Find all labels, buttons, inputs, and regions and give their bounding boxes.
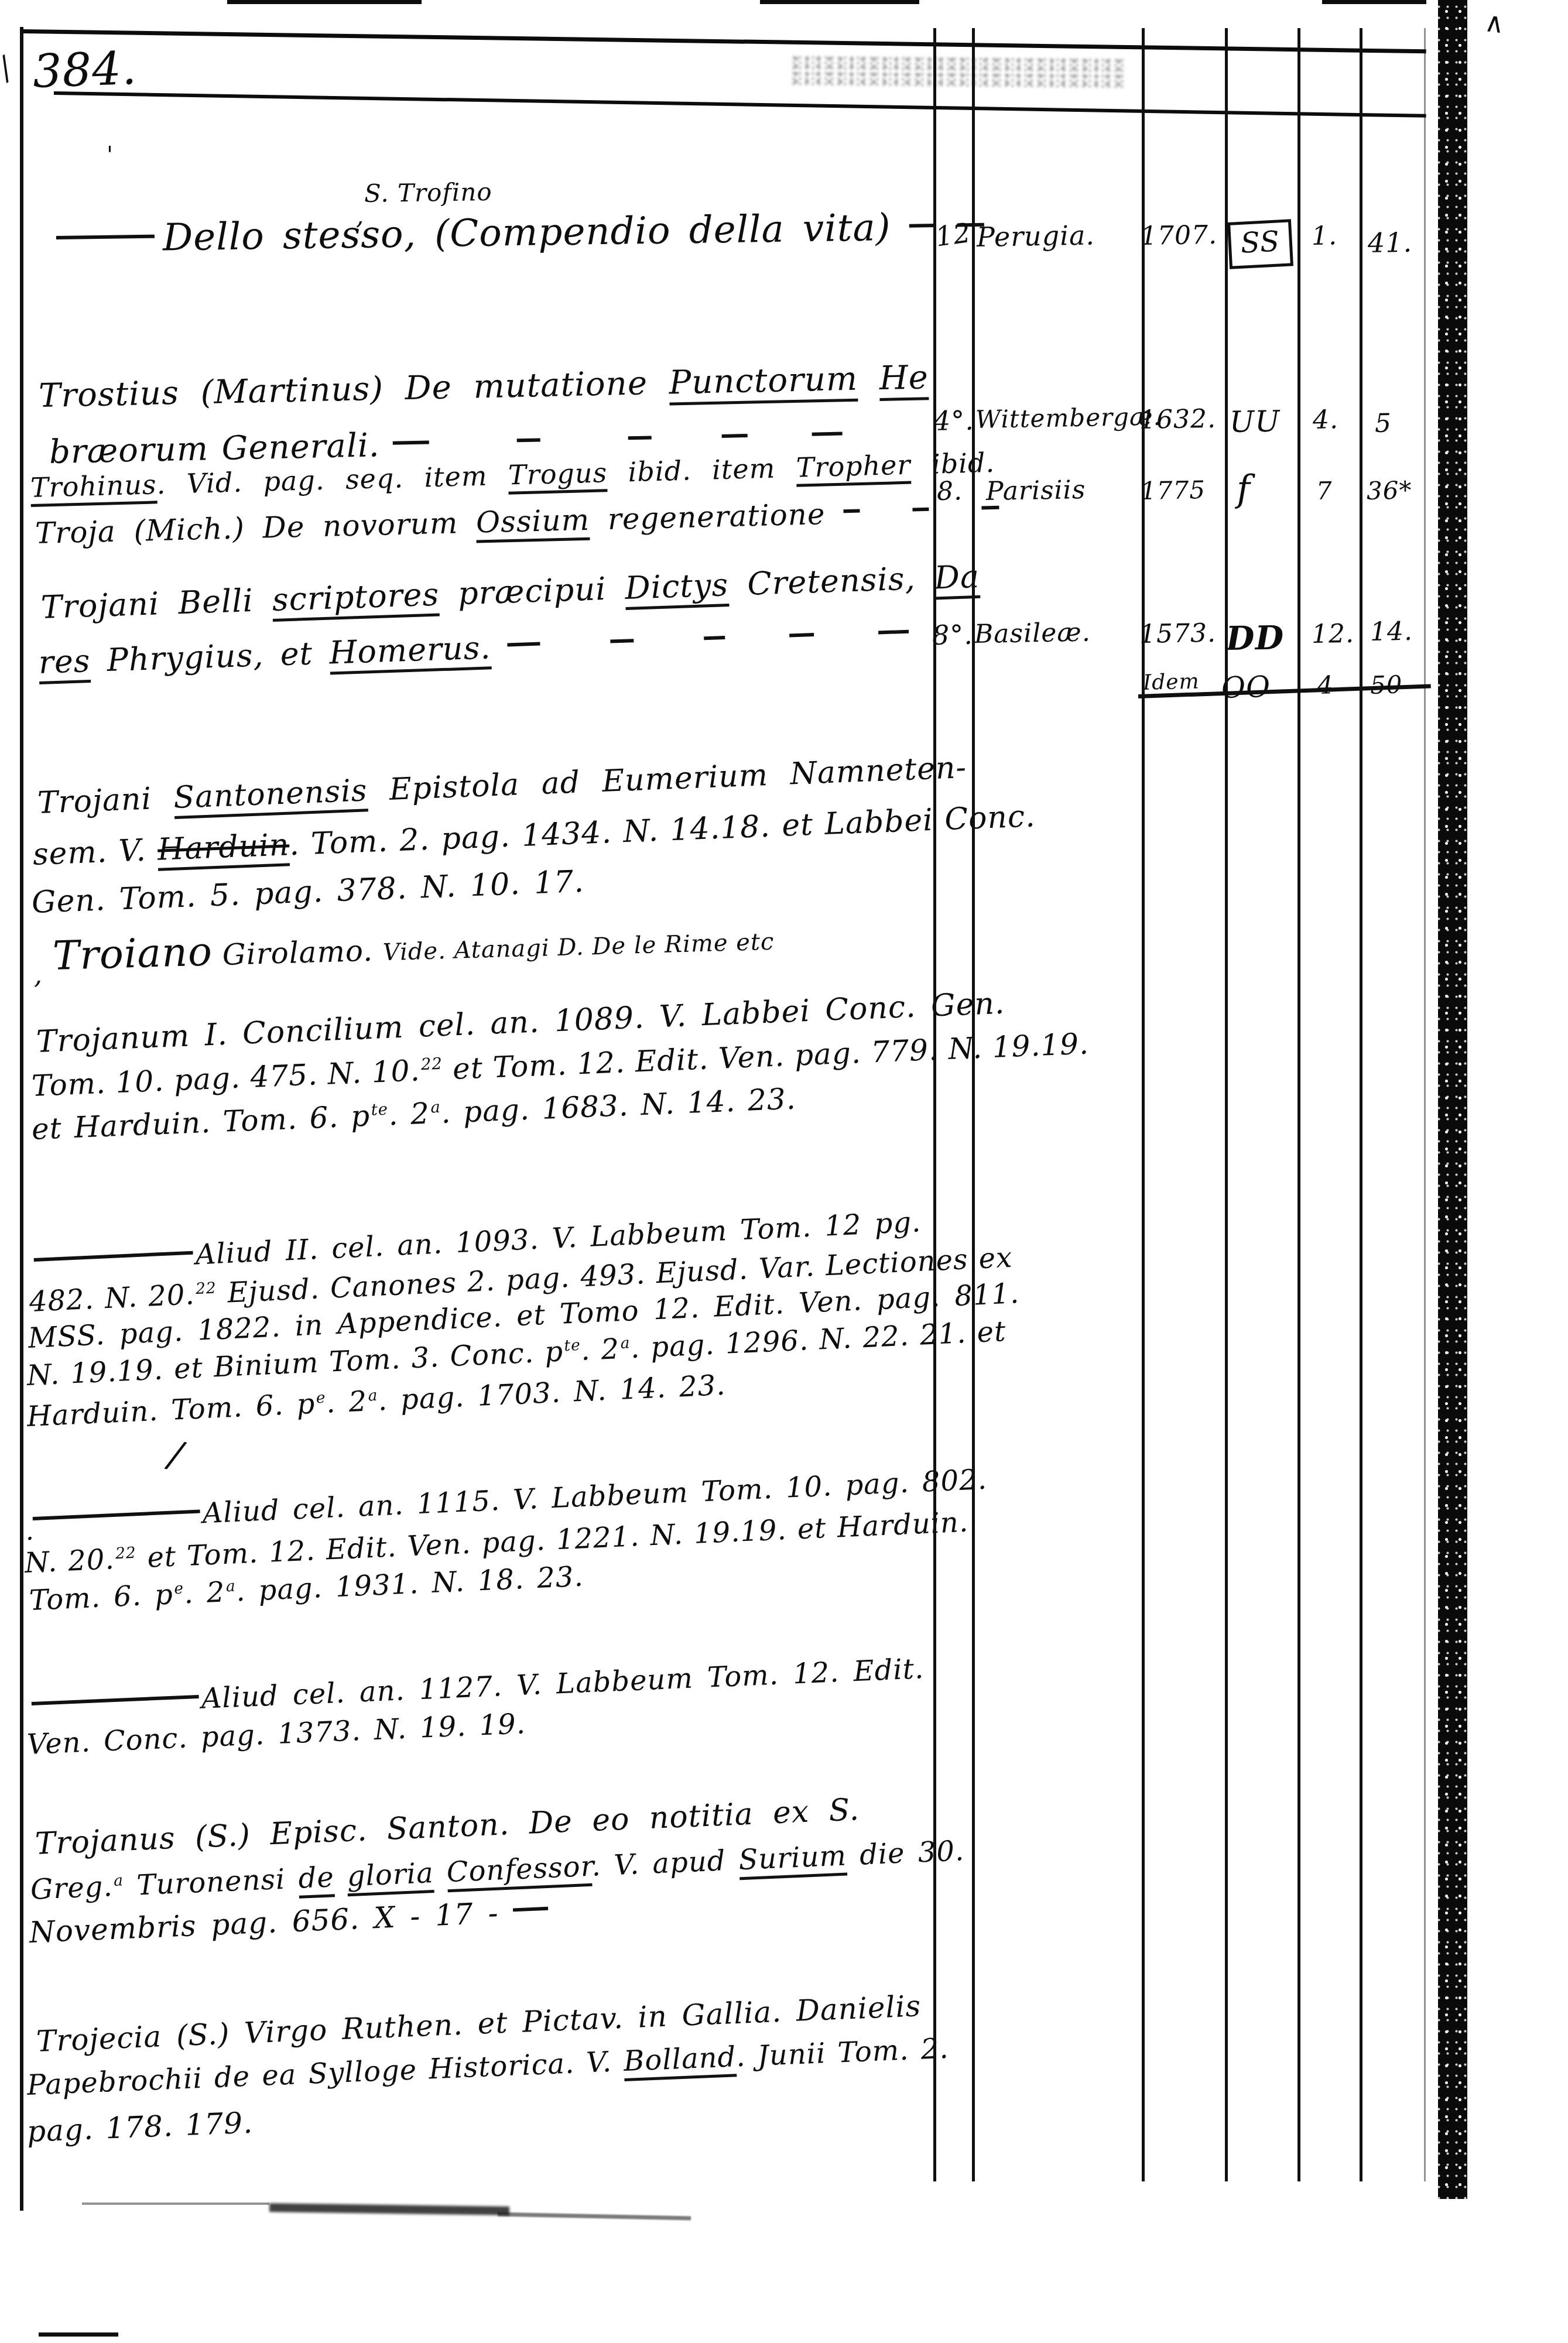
column-divider bbox=[1297, 28, 1300, 2181]
col-place-row-3: Basileæ. bbox=[974, 618, 1091, 649]
entry-line: Dello stesso, (Compendio della vita) bbox=[56, 205, 984, 261]
entry-line: pag. 178. 179. bbox=[26, 2106, 254, 2149]
handwritten-dash bbox=[789, 633, 814, 637]
col-format-row-2: 8. bbox=[937, 476, 963, 506]
col-year-row-1: 1632. bbox=[1139, 404, 1217, 435]
entry-line: Trostius (Martinus) De mutatione Punctor… bbox=[38, 358, 929, 415]
stray-mark-margin-tick2: ' bbox=[107, 142, 114, 169]
struck-n1: 4 bbox=[1317, 670, 1334, 700]
col-n2-row-0: 41. bbox=[1368, 227, 1413, 259]
column-divider bbox=[1225, 28, 1228, 2181]
handwritten-dash bbox=[843, 509, 860, 513]
header-top-rule bbox=[23, 29, 1426, 53]
handwritten-dash bbox=[610, 639, 634, 643]
handwritten-dash bbox=[34, 1251, 193, 1261]
stray-mark-margin-tick: / bbox=[0, 51, 20, 86]
struck-idem: Idem bbox=[1142, 669, 1200, 695]
handwritten-dash bbox=[722, 434, 748, 438]
handwritten-dash bbox=[513, 1907, 548, 1912]
handwritten-dash bbox=[517, 438, 540, 442]
boxed-shelfmark: SS bbox=[1227, 219, 1293, 269]
handwritten-dash bbox=[56, 234, 155, 239]
col-format-row-3: 8°. bbox=[932, 619, 974, 651]
bottom-noise bbox=[269, 2203, 509, 2215]
entry-line: Trojani Belli scriptores præcipui Dictys… bbox=[40, 558, 980, 626]
col-format-row-1: 4°. bbox=[933, 405, 975, 437]
top-edge-rule-fragment bbox=[1322, 0, 1426, 4]
col-n2-row-3: 14. bbox=[1370, 616, 1413, 647]
handwritten-dash bbox=[909, 224, 936, 228]
col-n1-row-1: 4. bbox=[1313, 405, 1339, 435]
handwritten-dash bbox=[812, 431, 843, 436]
col-year-row-3: 1573. bbox=[1139, 618, 1217, 649]
handwritten-dash bbox=[33, 1509, 200, 1520]
stray-mark-entry-comma: , bbox=[34, 960, 43, 990]
column-divider bbox=[933, 28, 936, 2181]
stray-mark-caret-top-right: ∧ bbox=[1483, 6, 1507, 39]
entry-line: S. Trofino bbox=[364, 177, 492, 208]
entry-line: res Phrygius, et Homerus. bbox=[38, 615, 909, 681]
handwritten-dash bbox=[878, 630, 909, 635]
page-number: 384. bbox=[32, 42, 138, 98]
col-format-row-0: 12 bbox=[933, 217, 973, 253]
handwritten-dash bbox=[32, 1695, 199, 1705]
struck-mark: OO bbox=[1221, 670, 1271, 705]
top-edge-rule-fragment bbox=[760, 0, 919, 4]
ink-smudge bbox=[790, 55, 1124, 88]
bottom-left-dash bbox=[39, 2332, 118, 2337]
handwritten-dash bbox=[393, 440, 429, 444]
col-n2-row-1: 5 bbox=[1375, 408, 1392, 438]
column-divider bbox=[1142, 28, 1145, 2181]
handwritten-dash bbox=[507, 642, 540, 647]
column-divider bbox=[1360, 28, 1362, 2181]
header-bottom-rule bbox=[54, 91, 1426, 118]
handwritten-dash bbox=[912, 508, 929, 512]
scan-artifact-band bbox=[1438, 0, 1467, 2199]
stray-mark-insert-comma: , bbox=[356, 201, 364, 230]
handwritten-dash bbox=[704, 636, 725, 640]
col-year-row-2: 1775 bbox=[1141, 475, 1206, 505]
col-year-row-0: 1707. bbox=[1141, 220, 1218, 251]
col-n1-row-0: 1. bbox=[1312, 221, 1338, 251]
left-border-line bbox=[20, 27, 23, 2211]
col-n1-row-2: 7 bbox=[1316, 477, 1333, 505]
col-mark-row-3: DD bbox=[1225, 618, 1284, 658]
stray-mark-stray-dot: . bbox=[26, 1516, 35, 1546]
column-divider-faint bbox=[1424, 28, 1426, 2181]
entry-line: Gen. Tom. 5. pag. 378. N. 10. 17. bbox=[31, 864, 585, 920]
bottom-noise bbox=[82, 2202, 269, 2205]
entry-line: Troiano Girolamo. Vide. Atanagi D. De le… bbox=[52, 913, 775, 979]
stray-mark-stray-slash: / bbox=[166, 1433, 186, 1477]
entry-line: Troja (Mich.) De novorum Ossium regenera… bbox=[35, 493, 999, 550]
col-mark-row-0: SS bbox=[1228, 220, 1292, 268]
col-place-row-0: Perugia. bbox=[977, 219, 1095, 253]
bottom-noise bbox=[498, 2212, 691, 2221]
top-edge-rule-fragment bbox=[227, 0, 422, 4]
handwritten-dash bbox=[628, 436, 652, 440]
col-place-row-2: Parisiis bbox=[986, 475, 1086, 506]
col-n2-row-2: 36* bbox=[1367, 476, 1412, 505]
column-divider bbox=[972, 28, 975, 2181]
col-mark-row-2: f bbox=[1236, 467, 1251, 510]
col-n1-row-3: 12. bbox=[1312, 619, 1355, 649]
scanned-catalog-page: 384. Dello stesso, (Compendio della vita… bbox=[0, 0, 1568, 2343]
col-place-row-1: Wittembergæ. bbox=[975, 402, 1162, 434]
col-mark-row-1: UU bbox=[1229, 404, 1280, 439]
